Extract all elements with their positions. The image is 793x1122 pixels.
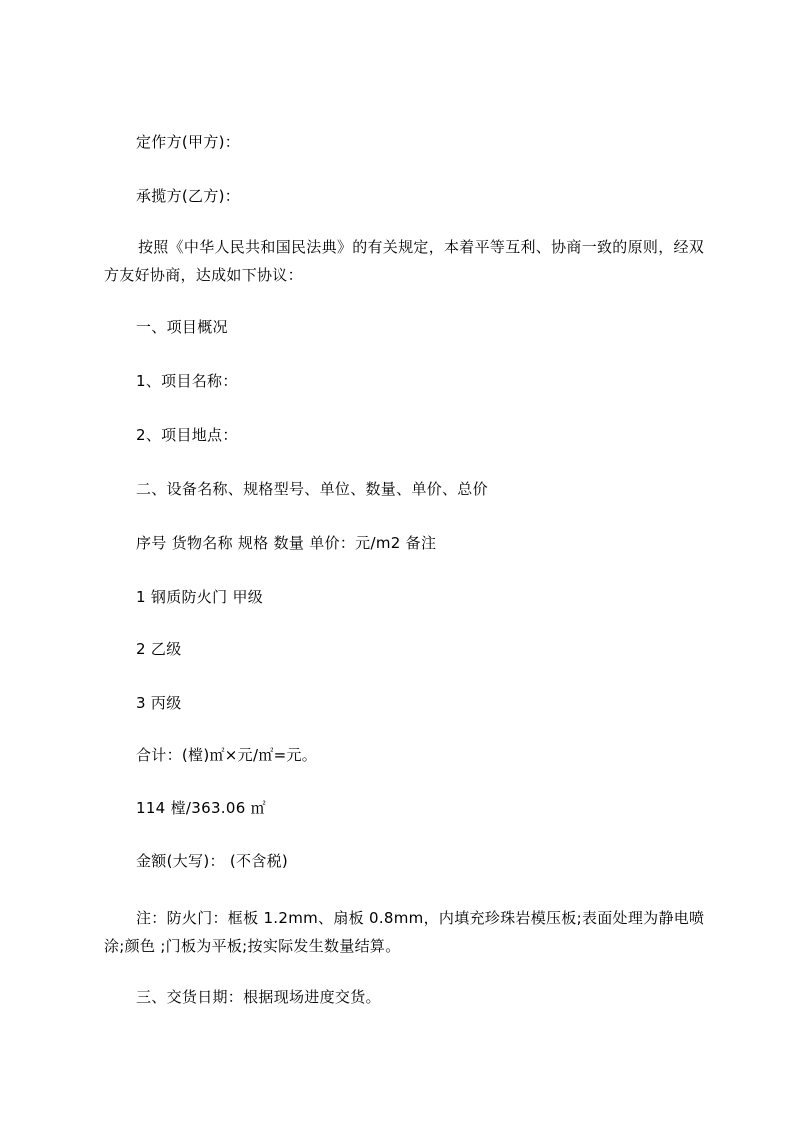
table-row: 3 丙级	[136, 693, 182, 713]
table-row: 2 乙级	[136, 639, 182, 659]
project-name-item: 1、项目名称：	[136, 371, 238, 391]
table-header: 序号 货物名称 规格 数量 单价：元/m2 备注	[136, 533, 436, 553]
amount-line: 金额(大写)： (不含税)	[136, 851, 288, 871]
party-b-label: 承揽方(乙方)：	[136, 186, 240, 206]
section2-heading: 二、设备名称、规格型号、单位、数量、单价、总价	[136, 479, 488, 499]
preamble-paragraph: 按照《中华人民共和国民法典》的有关规定，本着平等互利、协商一致的原则，经双方友好…	[104, 233, 708, 289]
section1-heading: 一、项目概况	[136, 317, 228, 337]
quantity-line: 114 樘/363.06 ㎡	[136, 798, 266, 818]
total-line: 合计：(樘)㎡×元/㎡=元。	[136, 745, 317, 765]
project-location-item: 2、项目地点：	[136, 425, 238, 445]
table-row: 1 钢质防火门 甲级	[136, 587, 263, 607]
document-page: 定作方(甲方)： 承揽方(乙方)： 按照《中华人民共和国民法典》的有关规定，本着…	[0, 0, 793, 1122]
note-paragraph: 注：防火门：框板 1.2mm、扇板 0.8mm，内填充珍珠岩模压板;表面处理为静…	[104, 904, 712, 960]
section3-heading: 三、交货日期：根据现场进度交货。	[136, 987, 381, 1007]
party-a-label: 定作方(甲方)：	[136, 132, 240, 152]
